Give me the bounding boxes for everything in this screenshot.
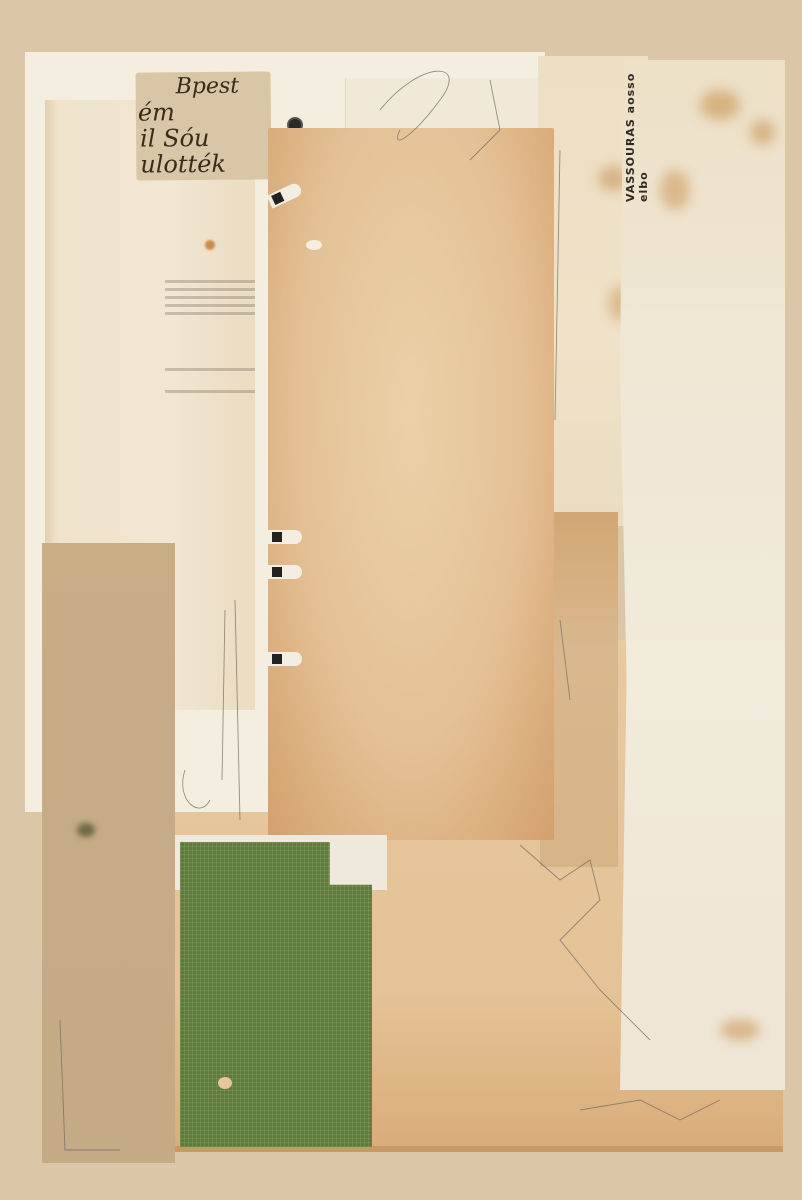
far-right-white-strip bbox=[620, 60, 785, 1090]
notch-1 bbox=[267, 181, 304, 208]
notch-4 bbox=[268, 652, 302, 666]
notch-3 bbox=[268, 565, 302, 579]
handwriting-line-4: ulotték bbox=[140, 150, 226, 179]
left-khaki-strip bbox=[42, 543, 175, 1163]
handwriting-line-3: il Sóu bbox=[140, 124, 210, 153]
vertical-print-text: VASSOURAS aosso elbo bbox=[624, 62, 650, 202]
green-fabric-swatch bbox=[180, 842, 372, 1147]
handwritten-scrap: Bpest ém il Sóu ulotték bbox=[136, 71, 272, 180]
handwriting-line-1: Bpest bbox=[176, 74, 240, 100]
central-tan-page bbox=[268, 128, 554, 840]
notch-2 bbox=[268, 530, 302, 544]
handwriting-line-2: ém bbox=[138, 98, 175, 126]
